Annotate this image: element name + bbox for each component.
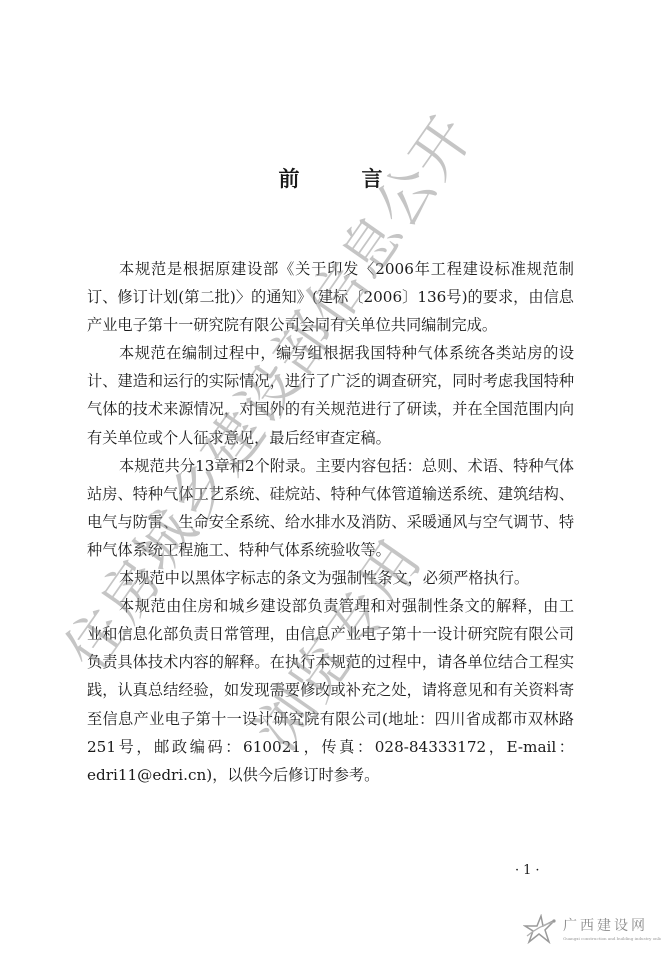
page-title: 前言 xyxy=(0,163,661,193)
paragraph-mandatory-clauses: 本规范中以黑体字标志的条文为强制性条文，必须严格执行。 xyxy=(87,564,574,592)
paragraph-compilation-basis: 本规范是根据原建设部《关于印发〈2006年工程建设标准规范制订、修订计划(第二批… xyxy=(87,255,574,339)
title-char-1: 前 xyxy=(279,163,300,193)
logo-subtitle: Guangxi construction and building indust… xyxy=(563,936,661,941)
logo-name: 广西建设网 xyxy=(563,915,648,935)
paragraph-compilation-process: 本规范在编制过程中，编写组根据我国特种气体系统各类站房的设计、建造和运行的实际情… xyxy=(87,339,574,451)
site-logo: 广西建设网 Guangxi construction and building … xyxy=(523,912,661,952)
paragraph-management-contact: 本规范由住房和城乡建设部负责管理和对强制性条文的解释，由工业和信息化部负责日常管… xyxy=(87,592,574,789)
page-number: ·1· xyxy=(515,863,544,878)
star-logo-icon xyxy=(523,914,557,944)
paragraph-contents-summary: 本规范共分13章和2个附录。主要内容包括：总则、术语、特种气体站房、特种气体工艺… xyxy=(87,452,574,564)
title-char-2: 言 xyxy=(362,163,383,193)
preface-body: 本规范是根据原建设部《关于印发〈2006年工程建设标准规范制订、修订计划(第二批… xyxy=(87,255,574,789)
document-page: 前言 本规范是根据原建设部《关于印发〈2006年工程建设标准规范制订、修订计划(… xyxy=(0,0,661,958)
